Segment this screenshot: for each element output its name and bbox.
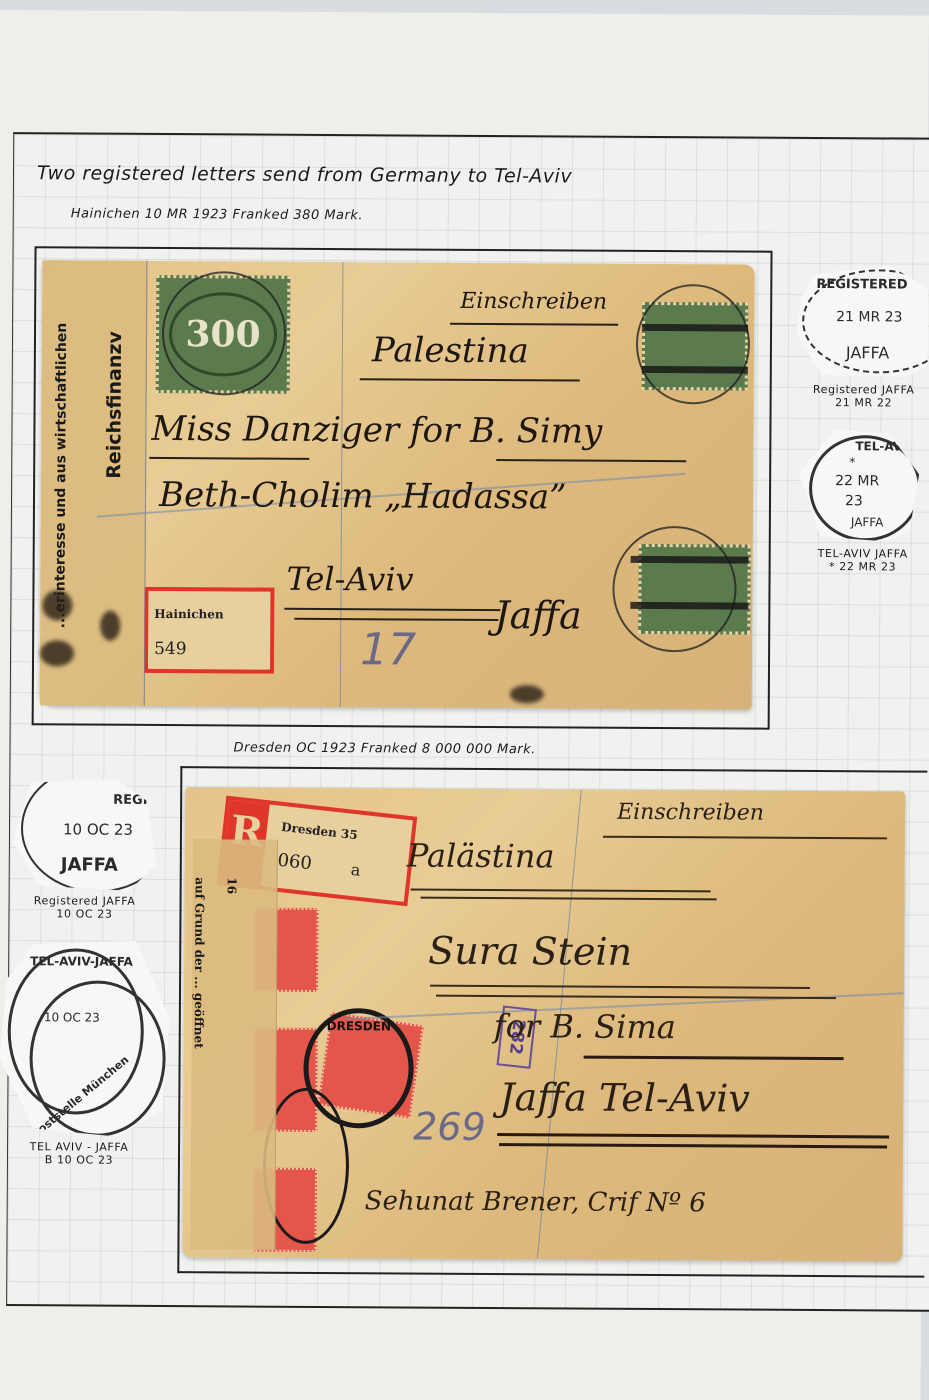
address-line: Einschreiben (460, 289, 607, 315)
cancellation-caption: TEL AVIV - JAFFAB 10 OC 23 (0, 1140, 159, 1167)
album-page: Two registered letters send from Germany… (0, 10, 929, 1400)
censor-tape-text-2: ...erinteresse und aus wirtschaftlichen (52, 268, 70, 628)
registration-label: Hainichen 549 (144, 587, 275, 674)
censor-tape-text-1: Reichsfinanzv (103, 269, 126, 479)
cancellation-caption: TEL-AVIV JAFFA* 22 MR 23 (793, 547, 929, 574)
address-line: Sehunat Brener, Crif Nº 6 (365, 1186, 706, 1218)
address-line: Sura Stein (428, 929, 632, 974)
cover2-caption: Dresden OC 1923 Franked 8 000 000 Mark. (233, 740, 535, 757)
cancellation-tel-aviv-jaffa-munich: TEL-AVIV-JAFFA 10 OC 23 Poststelle Münch… (0, 940, 170, 1137)
postmark (636, 284, 751, 405)
address-line: Beth-Cholim „Hadassa” (159, 475, 567, 517)
address-line: Einschreiben (617, 800, 764, 826)
address-line: Palästina (407, 837, 555, 876)
cancellation-registered-jaffa: REGISTERED 10 OC 23 JAFFA (13, 778, 160, 891)
cover2-envelope: DRESDEN R Dresden 35 060 a 16 auf Grund … (182, 787, 905, 1261)
address-line: Miss Danziger for B. Simy (151, 409, 602, 452)
cover1-envelope: Reichsfinanzv ...erinteresse und aus wir… (40, 260, 755, 709)
cover1-caption: Hainichen 10 MR 1923 Franked 380 Mark. (71, 206, 363, 223)
pencil-note: 269 (413, 1105, 486, 1149)
cancellation-caption: Registered JAFFA21 MR 22 (794, 383, 929, 410)
postmark (612, 526, 737, 653)
postmark (162, 271, 287, 396)
address-line: Jaffa Tel-Aviv (499, 1075, 750, 1121)
censor-tape-number: 16 (225, 877, 239, 894)
address-line: Jaffa (494, 593, 582, 638)
page-title: Two registered letters send from Germany… (37, 162, 572, 187)
cancellation-registered-jaffa: REGISTERED 21 MR 23 JAFFA (796, 265, 929, 378)
cancellation-caption: Registered JAFFA10 OC 23 (4, 894, 164, 921)
address-line: for B. Sima (494, 1007, 676, 1046)
pencil-note: 17 (360, 624, 416, 675)
address-line: Tel-Aviv (286, 560, 413, 599)
address-line: Palestina (372, 330, 529, 371)
censor-tape-text: auf Grund der ... geöffnet (191, 877, 207, 1197)
